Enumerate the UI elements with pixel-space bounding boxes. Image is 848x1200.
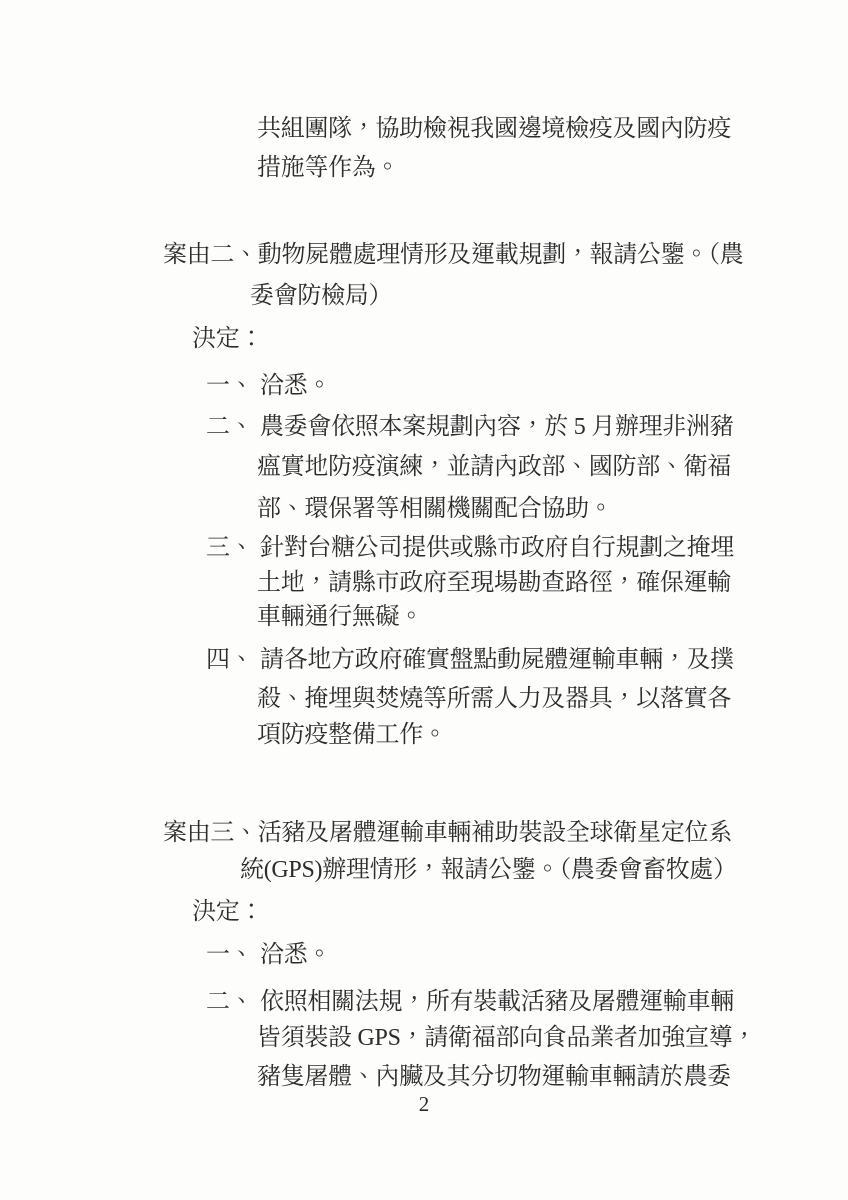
- case-three-decision-line: 依照相關法規，所有裝載活豬及屠體運輸車輛: [260, 987, 734, 1017]
- case-two-decision-line: 針對台糖公司提供或縣市政府自行規劃之掩埋: [260, 533, 734, 563]
- case-three-decision-line: 洽悉。: [260, 940, 331, 970]
- case-two-heading-line: 委會防檢局）: [250, 281, 392, 311]
- case-two-decision-line: 殺、掩埋與焚燒等所需人力及器具，以落實各: [257, 684, 731, 714]
- case-three-decision-line: 皆須裝設 GPS，請衛福部向食品業者加強宣導，: [257, 1023, 756, 1053]
- case-two-decision-line: 項防疫整備工作。: [257, 720, 447, 750]
- case-three-heading-line: 統(GPS)辦理情形，報請公鑒。（農委會畜牧處）: [240, 855, 737, 885]
- case-two-decision-line: 一、: [206, 371, 253, 401]
- case-two-decision-line: 決定：: [192, 324, 263, 354]
- page-number: 2: [0, 1092, 848, 1117]
- case-two-decision-line: 車輛通行無礙。: [257, 602, 423, 632]
- case-three-decision-line: 豬隻屠體、內臟及其分切物運輸車輛請於農委: [257, 1062, 731, 1092]
- case-three-decision-line: 一、: [206, 940, 253, 970]
- document-page: 2 共組團隊，協助檢視我國邊境檢疫及國內防疫措施等作為。案由二、動物屍體處理情形…: [0, 0, 848, 1200]
- case-three-heading-line: 案由三、活豬及屠體運輸車輛補助裝設全球衛星定位系: [163, 818, 732, 848]
- case-two-decision-line: 二、: [206, 412, 253, 442]
- case-three-decision-line: 決定：: [192, 897, 263, 927]
- case-two-decision-line: 農委會依照本案規劃內容，於 5 月辦理非洲豬: [260, 412, 733, 442]
- case-two-heading-line: 案由二、動物屍體處理情形及運載規劃，報請公鑒。（農: [163, 240, 744, 270]
- case-two-decision-line: 部、環保署等相關機關配合協助。: [257, 494, 613, 524]
- case-two-decision-line: 洽悉。: [260, 371, 331, 401]
- case-two-decision-line: 四、: [206, 645, 253, 675]
- case-two-decision-line: 請各地方政府確實盤點動屍體運輸車輛，及撲: [260, 645, 734, 675]
- case-three-decision-line: 二、: [206, 987, 253, 1017]
- previous-case-continuation-line: 共組團隊，協助檢視我國邊境檢疫及國內防疫: [257, 114, 731, 144]
- case-two-decision-line: 瘟實地防疫演練，並請內政部、國防部、衛福: [257, 452, 731, 482]
- case-two-decision-line: 土地，請縣市政府至現場勘查路徑，確保運輸: [257, 568, 731, 598]
- previous-case-continuation-line: 措施等作為。: [257, 153, 399, 183]
- case-two-decision-line: 三、: [206, 533, 253, 563]
